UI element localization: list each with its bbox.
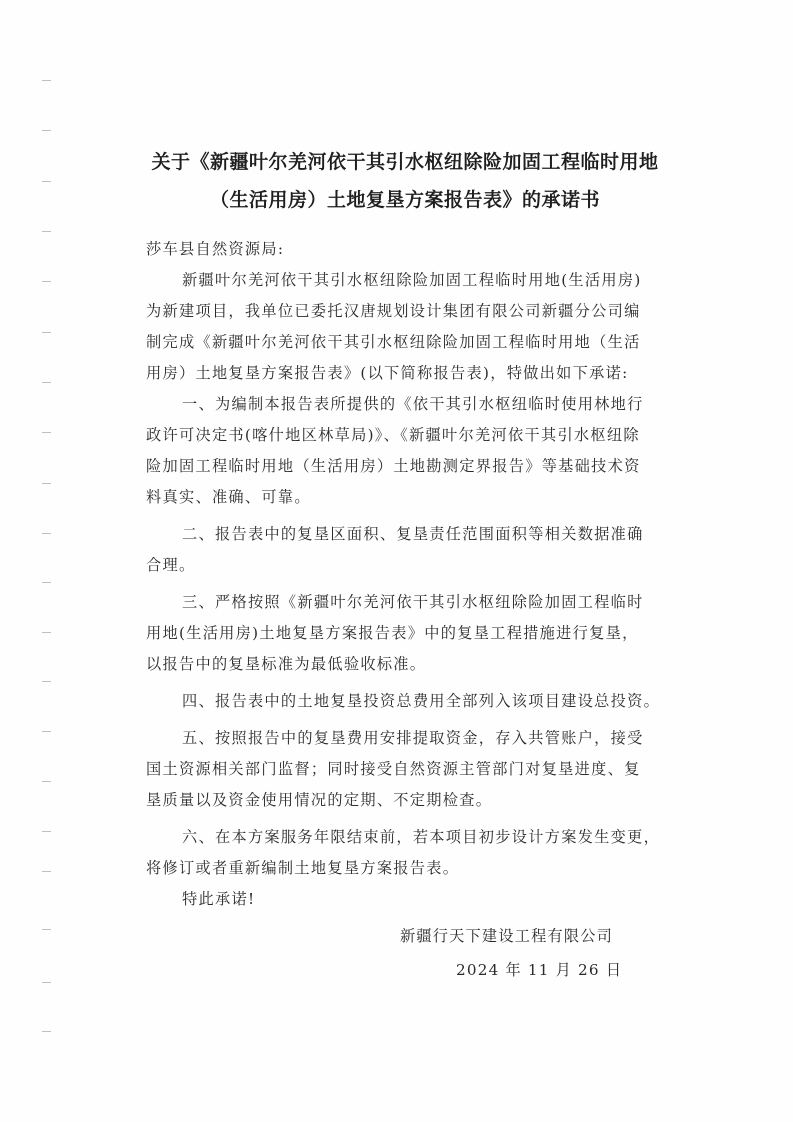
commitment-line: 垦质量以及资金使用情况的定期、不定期检查。 xyxy=(146,785,666,816)
commitment-line: 以报告中的复垦标准为最低验收标准。 xyxy=(146,649,666,680)
binding-mark xyxy=(42,231,51,232)
commitment-line: 用地(生活用房)土地复垦方案报告表》中的复垦工程措施进行复垦， xyxy=(146,618,666,649)
commitment-line: 二、报告表中的复垦区面积、复垦责任范围面积等相关数据准确 xyxy=(146,519,666,550)
intro-line: 制完成《新疆叶尔羌河依干其引水枢纽除险加固工程临时用地（生活 xyxy=(146,327,666,358)
signing-company: 新疆行天下建设工程有限公司 xyxy=(400,919,660,953)
binding-mark xyxy=(42,982,51,983)
commitment-line: 料真实、准确、可靠。 xyxy=(146,482,666,513)
commitment-line: 政许可决定书(喀什地区林草局)》、《新疆叶尔羌河依干其引水枢纽除 xyxy=(146,420,666,451)
commitment-line: 将修订或者重新编制土地复垦方案报告表。 xyxy=(146,853,666,884)
commitment-3: 三、严格按照《新疆叶尔羌河依干其引水枢纽除险加固工程临时 用地(生活用房)土地复… xyxy=(146,587,666,680)
binding-mark xyxy=(42,1031,51,1032)
binding-mark xyxy=(42,781,51,782)
binding-mark xyxy=(42,632,51,633)
binding-mark xyxy=(42,130,51,131)
binding-mark xyxy=(42,483,51,484)
signature-block: 新疆行天下建设工程有限公司 2024 年 11 月 26 日 xyxy=(400,919,660,987)
commitment-line: 五、按照报告中的复垦费用安排提取资金，存入共管账户，接受 xyxy=(146,723,666,754)
document-title: 关于《新疆叶尔羌河依干其引水枢纽除险加固工程临时用地 （生活用房）土地复垦方案报… xyxy=(145,143,665,219)
intro-line: 用房）土地复垦方案报告表》(以下简称报告表)，特做出如下承诺: xyxy=(146,358,666,389)
commitment-4: 四、报告表中的土地复垦投资总费用全部列入该项目建设总投资。 xyxy=(146,686,666,717)
intro-line: 新疆叶尔羌河依干其引水枢纽除险加固工程临时用地(生活用房) xyxy=(146,265,666,296)
commitment-2: 二、报告表中的复垦区面积、复垦责任范围面积等相关数据准确 合理。 xyxy=(146,519,666,581)
binding-mark xyxy=(42,681,51,682)
binding-mark xyxy=(42,731,51,732)
closing-statement: 特此承诺! xyxy=(146,884,666,915)
signing-date: 2024 年 11 月 26 日 xyxy=(400,953,660,987)
binding-mark xyxy=(42,929,51,930)
binding-mark xyxy=(42,332,51,333)
recipient: 莎车县自然资源局: xyxy=(146,234,666,265)
commitment-5: 五、按照报告中的复垦费用安排提取资金，存入共管账户，接受 国土资源相关部门监督；… xyxy=(146,723,666,816)
intro-paragraph: 新疆叶尔羌河依干其引水枢纽除险加固工程临时用地(生活用房) 为新建项目，我单位已… xyxy=(146,265,666,389)
title-line-2: （生活用房）土地复垦方案报告表》的承诺书 xyxy=(145,181,665,219)
binding-mark xyxy=(42,831,51,832)
binding-mark xyxy=(42,80,51,81)
commitment-line: 一、为编制本报告表所提供的《依干其引水枢纽临时使用林地行 xyxy=(146,389,666,420)
binding-marks xyxy=(38,0,58,1122)
commitment-line: 三、严格按照《新疆叶尔羌河依干其引水枢纽除险加固工程临时 xyxy=(146,587,666,618)
document-page: 关于《新疆叶尔羌河依干其引水枢纽除险加固工程临时用地 （生活用房）土地复垦方案报… xyxy=(0,0,793,1122)
binding-mark xyxy=(42,281,51,282)
commitment-6: 六、在本方案服务年限结束前，若本项目初步设计方案发生变更， 将修订或者重新编制土… xyxy=(146,822,666,884)
binding-mark xyxy=(42,382,51,383)
commitment-line: 国土资源相关部门监督；同时接受自然资源主管部门对复垦进度、复 xyxy=(146,754,666,785)
intro-line: 为新建项目，我单位已委托汉唐规划设计集团有限公司新疆分公司编 xyxy=(146,296,666,327)
binding-mark xyxy=(42,181,51,182)
title-line-1: 关于《新疆叶尔羌河依干其引水枢纽除险加固工程临时用地 xyxy=(145,143,665,181)
commitment-line: 合理。 xyxy=(146,550,666,581)
binding-mark xyxy=(42,432,51,433)
binding-mark xyxy=(42,582,51,583)
commitment-line: 险加固工程临时用地（生活用房）土地勘测定界报告》等基础技术资 xyxy=(146,451,666,482)
letter-body: 莎车县自然资源局: 新疆叶尔羌河依干其引水枢纽除险加固工程临时用地(生活用房) … xyxy=(146,234,666,915)
binding-mark xyxy=(42,533,51,534)
commitment-line: 六、在本方案服务年限结束前，若本项目初步设计方案发生变更， xyxy=(146,822,666,853)
commitment-1: 一、为编制本报告表所提供的《依干其引水枢纽临时使用林地行 政许可决定书(喀什地区… xyxy=(146,389,666,513)
binding-mark xyxy=(42,871,51,872)
commitment-line: 四、报告表中的土地复垦投资总费用全部列入该项目建设总投资。 xyxy=(146,686,666,717)
